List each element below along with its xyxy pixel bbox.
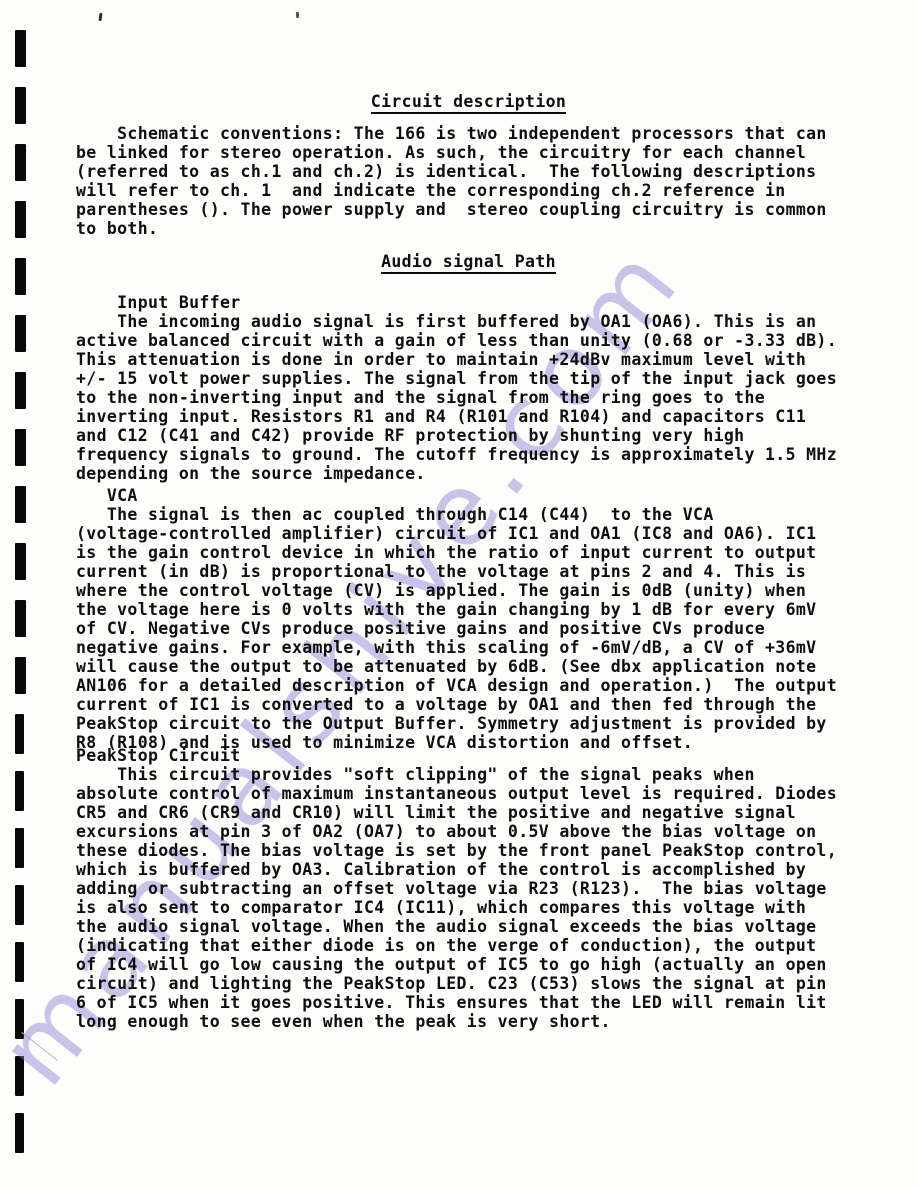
paragraph-peakstop-circuit: PeakStop Circuit This circuit provides "… <box>76 746 861 1031</box>
binding-hole-mark <box>15 429 26 466</box>
scan-speck <box>98 13 102 21</box>
scan-speck <box>296 12 299 18</box>
binding-hole-mark <box>15 942 24 982</box>
binding-hole-mark <box>15 1056 24 1096</box>
scan-scratch <box>21 1032 58 1061</box>
paragraph-schematic-conventions: Schematic conventions: The 166 is two in… <box>76 124 861 238</box>
heading-text: Audio signal Path <box>381 252 556 274</box>
paragraph-input-buffer: Input Buffer The incoming audio signal i… <box>76 293 861 483</box>
binding-hole-mark <box>15 828 24 868</box>
binding-hole-mark <box>15 771 24 811</box>
binding-hole-mark <box>15 30 26 67</box>
binding-hole-mark <box>15 201 26 238</box>
binding-hole-mark <box>15 87 26 124</box>
binding-hole-mark <box>15 600 26 637</box>
binding-hole-mark <box>15 714 24 754</box>
heading-text: Circuit description <box>371 92 566 114</box>
binding-hole-mark <box>15 144 26 181</box>
binding-hole-mark <box>15 1113 24 1153</box>
manual-page: manualshive.com Circuit description Sche… <box>0 0 918 1188</box>
binding-hole-mark <box>15 543 26 580</box>
binding-hole-mark <box>15 372 26 409</box>
binding-hole-mark <box>15 258 26 295</box>
binding-hole-mark <box>15 486 26 523</box>
section-heading-circuit-description: Circuit description <box>76 92 861 114</box>
section-heading-audio-signal-path: Audio signal Path <box>76 252 861 274</box>
binding-hole-mark <box>15 885 24 925</box>
paragraph-vca: VCA The signal is then ac coupled throug… <box>76 486 861 752</box>
binding-hole-mark <box>15 657 26 694</box>
binding-hole-mark <box>15 315 26 352</box>
